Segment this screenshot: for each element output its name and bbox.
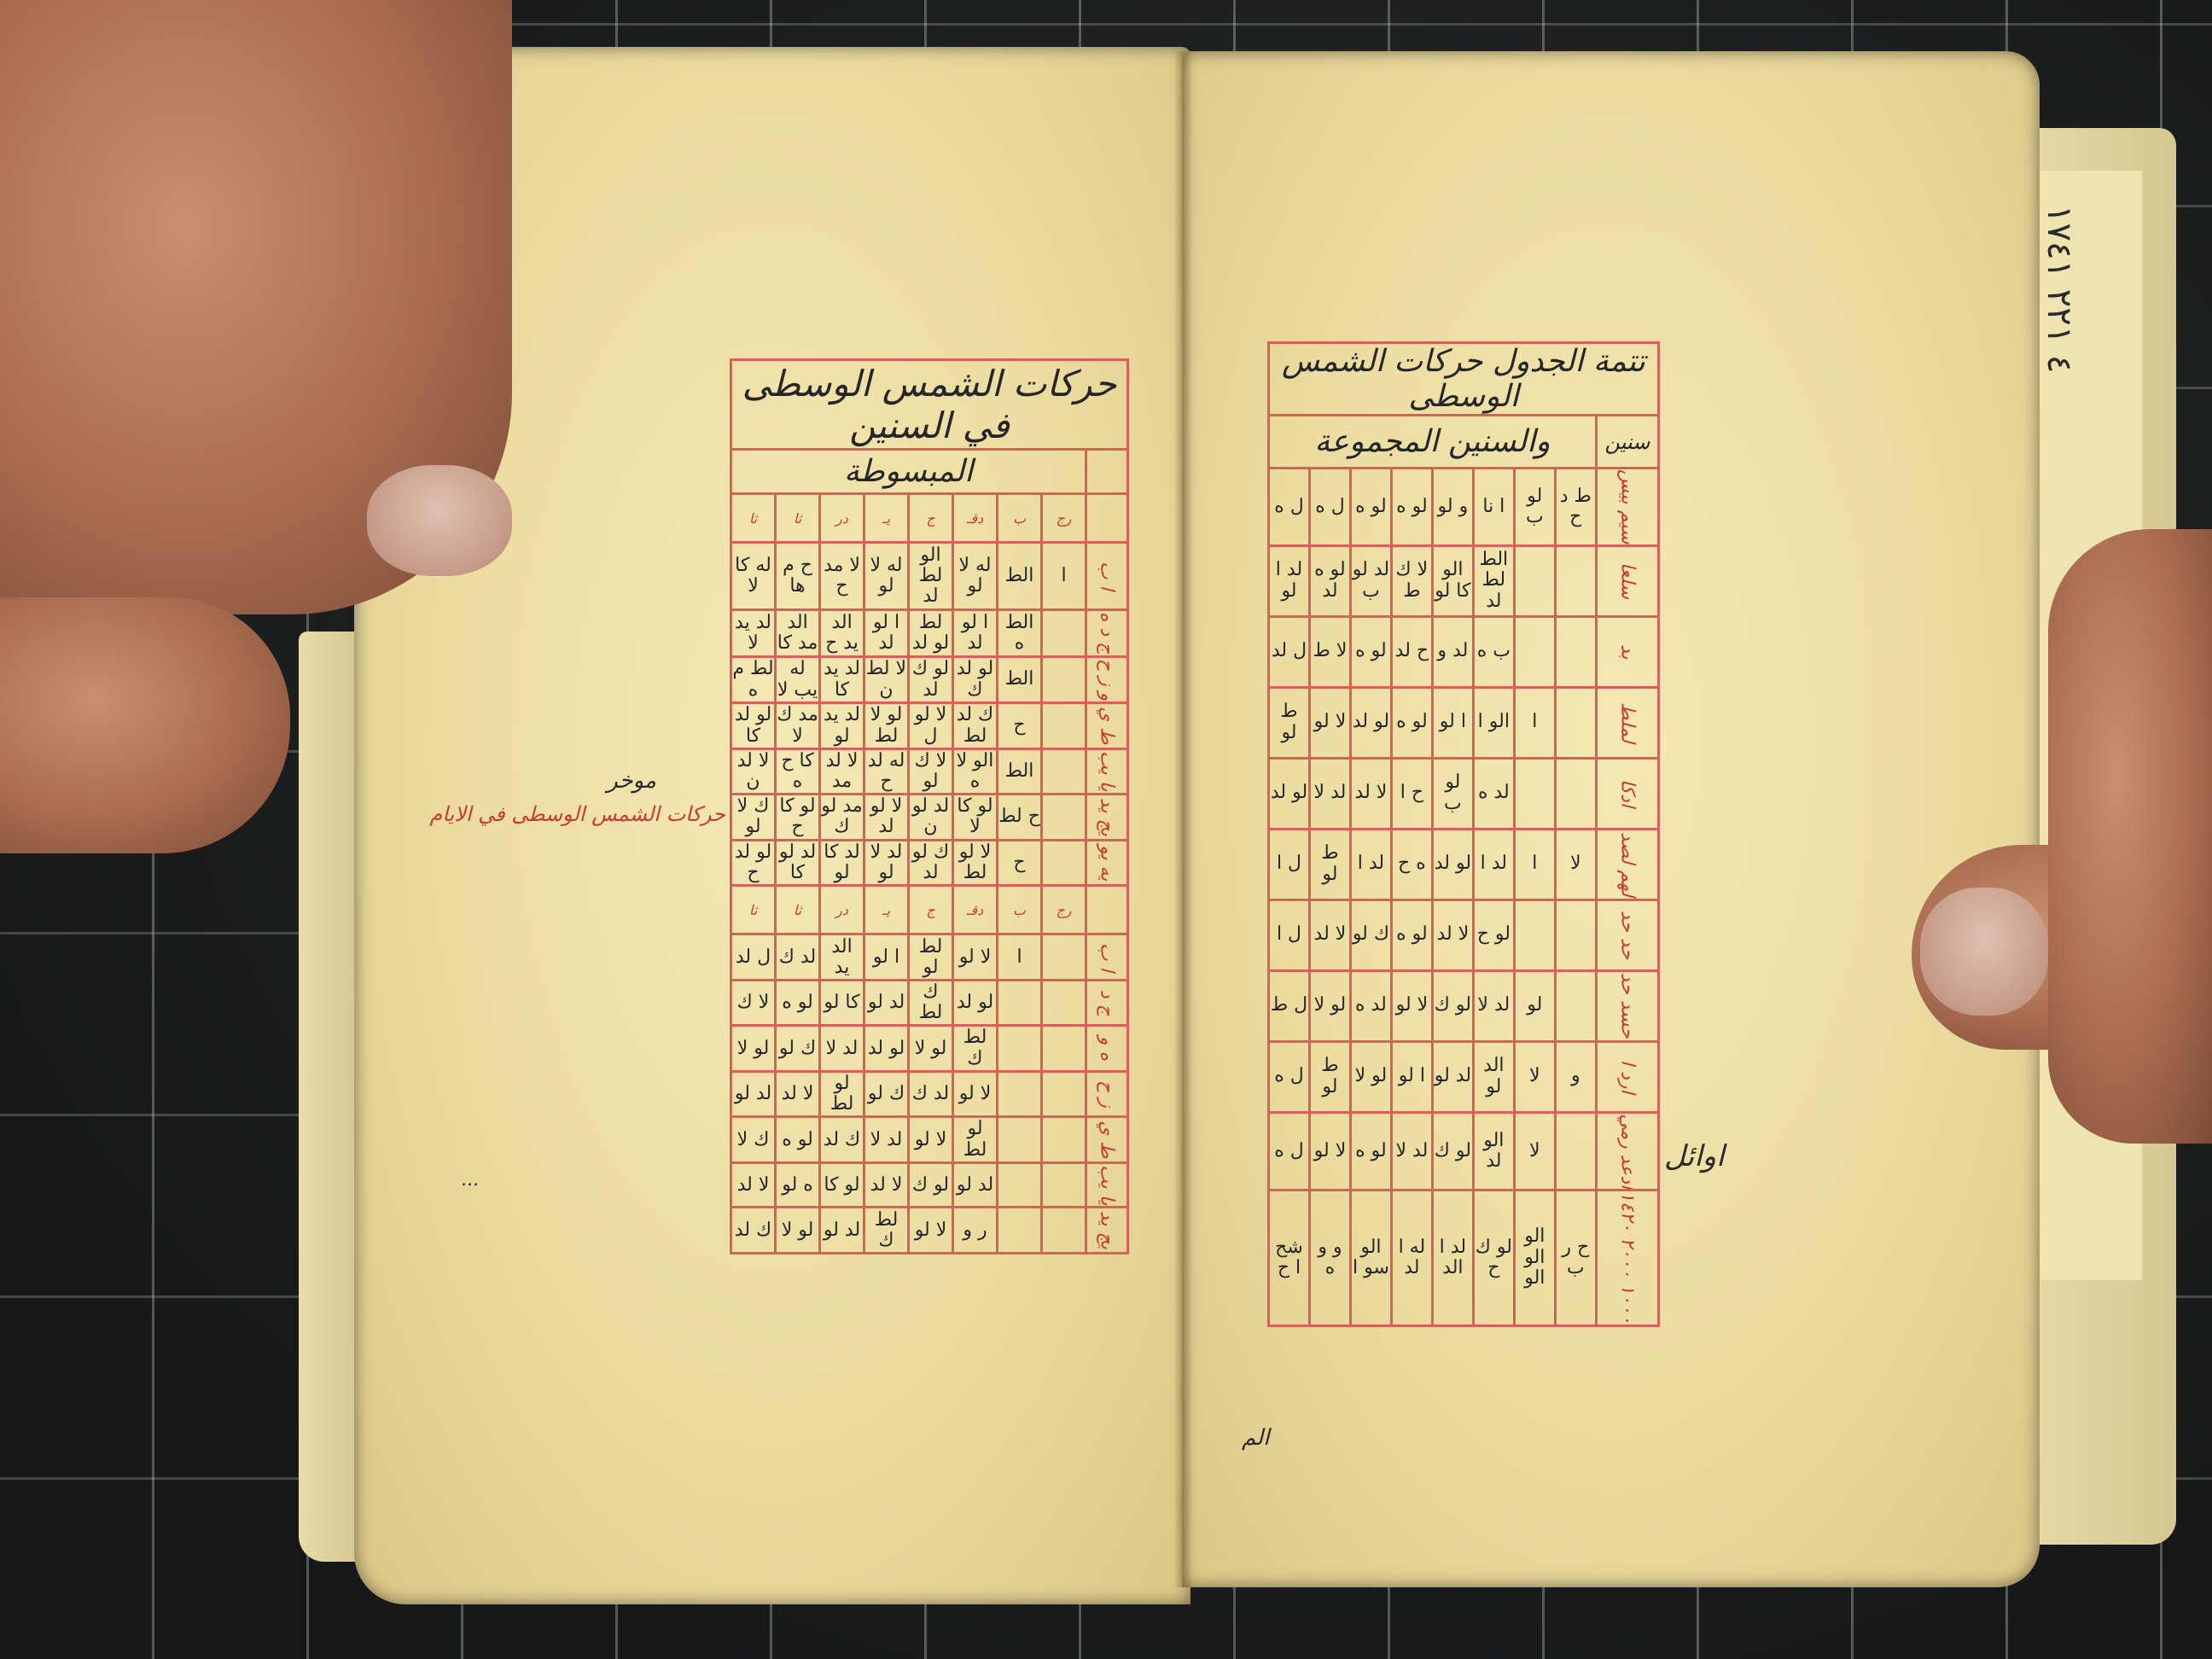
cell-value: لد لا لو — [865, 841, 907, 885]
row-label: ارد ا — [1596, 1041, 1658, 1112]
table-cell — [1042, 795, 1086, 840]
cell-value — [1557, 760, 1595, 828]
cell-value: لد ا لو — [1270, 547, 1308, 615]
table-cell: لد ك — [909, 1071, 953, 1116]
row-label: يج يد — [1086, 795, 1128, 840]
right-table: تتمة الجدول حركات الشمس الوسطى والسنين ا… — [1267, 341, 1660, 1225]
cell-value: لط لو لد — [910, 611, 952, 655]
table-cell: لد لو — [731, 1071, 776, 1116]
table-cell: لو لد — [1432, 829, 1473, 899]
table-cell: لا لو — [1309, 1112, 1350, 1190]
row-label: ا ب — [1086, 543, 1128, 610]
cell-value: لا لو — [1311, 1114, 1349, 1189]
table-cell: لو ح — [1473, 899, 1514, 970]
cell-value: لا ط — [1311, 618, 1349, 686]
cell-value: لد ه — [1352, 972, 1390, 1040]
table-cell: لو ك لد — [909, 656, 953, 703]
row-label: ط ي — [1086, 703, 1128, 748]
cell-value: له يب لا — [777, 658, 818, 702]
table-cell: ط د ح — [1555, 469, 1596, 546]
table-row: ل لدلد كالد يدا لولط لولا لواا ب — [731, 934, 1128, 980]
table-cell: ك لد — [820, 1117, 864, 1162]
cell-value: ل ه — [1311, 469, 1349, 544]
cell-value: لد ك — [910, 1073, 952, 1115]
table-cell: لو كا لا — [953, 795, 998, 840]
cell-value: لو ح — [1475, 901, 1513, 969]
cell-value — [1043, 611, 1085, 655]
table-cell — [1042, 1026, 1086, 1071]
table-cell: لد ا — [1473, 829, 1514, 899]
side-note: اوائل — [1664, 1139, 1725, 1173]
cell-value — [998, 1027, 1040, 1069]
table-cell: لد ا لو — [1269, 545, 1310, 616]
cell-value — [1043, 1164, 1085, 1207]
table-cell: لد و — [1432, 616, 1473, 687]
cell-value: شح ا ح — [1270, 1191, 1308, 1324]
table-cell: لو لد كا — [731, 703, 776, 748]
table-cell: الط — [998, 543, 1042, 610]
cell-value: لا مد ح — [821, 544, 863, 608]
table-cell: لد كا لو — [820, 840, 864, 886]
right-table-title: تتمة الجدول حركات الشمس الوسطى — [1269, 343, 1659, 416]
table-cell: ك لد — [731, 1208, 776, 1254]
table-cell: لد لا لو — [864, 840, 909, 886]
table-cell: شح ا ح — [1269, 1190, 1310, 1325]
cell-value: ط لو — [1311, 1043, 1349, 1111]
table-cell — [998, 1162, 1042, 1208]
cell-value: ك لد — [732, 1208, 774, 1252]
cell-value: لو — [1516, 972, 1554, 1040]
cell-value: لد لو — [954, 1164, 996, 1207]
table-cell: الو سو ا — [1350, 1190, 1391, 1325]
table-cell: لا لو — [1309, 687, 1350, 758]
row-label: يا يب — [1086, 748, 1128, 794]
table-cell: لو لد — [1269, 758, 1310, 829]
table-cell — [1042, 840, 1086, 886]
table-cell: ل ه — [1269, 469, 1310, 546]
row-label: ه و — [1086, 1026, 1128, 1071]
table-cell — [1042, 610, 1086, 657]
table-row: ك لالو هك لدلد لالا لولو لطط ي — [731, 1117, 1128, 1162]
cell-value: لو ه — [1393, 901, 1431, 969]
table-cell: له يب لا — [776, 656, 820, 703]
cell-value — [1043, 1118, 1085, 1161]
table-cell: ك لد لط — [953, 703, 998, 748]
cell-value: لو ك لد — [910, 658, 952, 702]
table-cell: لا ك لو — [909, 748, 953, 794]
cell-value: لد لا — [821, 1027, 863, 1069]
table-cell: لد لو ب — [1350, 545, 1391, 616]
header-cell: ثا — [776, 494, 820, 543]
cell-value: لد لو — [1434, 1043, 1472, 1111]
table-cell: ط لو — [1309, 829, 1350, 899]
table-row: ل طلو لالد هلا لولو كلد لالوحسد حد — [1269, 970, 1659, 1041]
header-cell: دقـ — [953, 494, 998, 543]
cell-value: ل لد — [1270, 618, 1308, 686]
cell-value: لد لو — [821, 1208, 863, 1252]
table-cell: له لد ح — [864, 748, 909, 794]
table-cell: ل لد — [731, 934, 776, 980]
cell-value: الد لو — [1475, 1043, 1513, 1111]
table-cell: ا نا — [1473, 469, 1514, 546]
cell-value: لو ب — [1434, 760, 1472, 828]
cell-value — [1043, 750, 1085, 793]
table-cell: ل ه — [1269, 1112, 1310, 1190]
cell-value: ا — [1516, 689, 1554, 757]
cell-value: ح ا — [1393, 760, 1431, 828]
cell-value: لد لا — [1475, 972, 1513, 1040]
table-cell: لو لد ح — [731, 840, 776, 886]
cell-value: لا لد — [777, 1073, 818, 1115]
cell-value: ل ط — [1270, 972, 1308, 1040]
cell-value: ب ه — [1475, 618, 1513, 686]
table-cell — [998, 1071, 1042, 1116]
table-cell: الد يد ح — [820, 610, 864, 657]
cell-value: لو ك ح — [1475, 1191, 1513, 1324]
cell-value — [1557, 972, 1595, 1040]
table-cell: لا — [1514, 1041, 1555, 1112]
cell-value: ر و — [954, 1208, 996, 1252]
cell-value — [1043, 841, 1085, 885]
cell-value — [1043, 658, 1085, 702]
cell-value: لو ب — [1516, 469, 1554, 544]
table-cell: لو ه — [1350, 616, 1391, 687]
table-cell: لو ه — [776, 980, 820, 1025]
years-label: سنين — [1596, 416, 1658, 469]
cell-value: لا لط ن — [865, 658, 907, 702]
cell-value: لا لد — [865, 1164, 907, 1207]
table-cell: لد لو — [1432, 1041, 1473, 1112]
table-cell: لو ك — [1432, 1112, 1473, 1190]
cell-value — [1557, 689, 1595, 757]
cell-value: و و ه — [1311, 1191, 1349, 1324]
row-label: و ز ح — [1086, 656, 1128, 703]
table-cell: الو ا — [1473, 687, 1514, 758]
table-cell: لط لو لد — [909, 610, 953, 657]
left-table-subtitle: المبسوطة — [731, 450, 1086, 494]
cell-value: الد يد — [821, 935, 863, 978]
table-cell — [1042, 1117, 1086, 1162]
table-cell: لو لا — [909, 1026, 953, 1071]
table-row: ل لدلا طلو هح لدلد وب هبد — [1269, 616, 1659, 687]
cell-value: لو ك — [1434, 1114, 1472, 1189]
table-cell: ك لو — [1350, 899, 1391, 970]
cell-value: لد لو — [732, 1073, 774, 1115]
cell-value: ك لا لو — [732, 795, 774, 838]
cell-value: لو ه — [777, 981, 818, 1024]
table-row: ل هل هلو هلو هو لوا نالو بط د حسيم بيس — [1269, 469, 1659, 546]
table-cell: لو ه — [1391, 469, 1432, 546]
header-cell-blank — [1086, 886, 1128, 934]
cell-value: لو ه — [777, 1118, 818, 1161]
table-cell: لد يد لو — [820, 703, 864, 748]
cell-value: لو ه لد — [1311, 547, 1349, 615]
table-cell — [1555, 616, 1596, 687]
cell-value: لد لو ب — [1352, 547, 1390, 615]
table-cell — [1042, 934, 1086, 980]
table-cell: لا لد — [1350, 758, 1391, 829]
cell-value: الو الو الو — [1516, 1191, 1554, 1324]
table-cell: لا لد — [1432, 899, 1473, 970]
corner-mark: ... — [461, 1169, 479, 1190]
table-cell: لد لا — [1473, 970, 1514, 1041]
cell-value — [998, 1073, 1040, 1115]
table-cell: كا ح ه — [776, 748, 820, 794]
cell-value: ا لو لد — [865, 611, 907, 655]
cell-value: ا نا — [1475, 469, 1513, 544]
table-cell — [1555, 1112, 1596, 1190]
cell-value: ا لو — [1393, 1043, 1431, 1111]
header-cell: در — [820, 494, 864, 543]
header-cell: ج — [909, 886, 953, 934]
row-label: ادعد رمي — [1596, 1112, 1658, 1190]
cell-value: ك لد — [821, 1118, 863, 1161]
table-cell: ب ه — [1473, 616, 1514, 687]
table-cell: لد لو — [820, 1208, 864, 1254]
table-cell — [998, 1117, 1042, 1162]
right-thumbnail — [1920, 888, 2048, 1016]
table-cell: الو الو الو — [1514, 1190, 1555, 1325]
cell-value: ا — [1043, 544, 1085, 608]
cell-value: ط لو — [1311, 830, 1349, 899]
cell-value: لا لو — [954, 935, 996, 978]
table-cell: لا لد — [864, 1162, 909, 1208]
table-cell: لو لد — [864, 1026, 909, 1071]
cell-value — [1043, 1208, 1085, 1252]
cell-value: لد لا — [865, 1118, 907, 1161]
table-cell: الو كا لو — [1432, 545, 1473, 616]
cell-value: ك لو — [1352, 901, 1390, 969]
cell-value: لا لو — [910, 1118, 952, 1161]
cell-value: الو سو ا — [1352, 1191, 1390, 1324]
table-cell: لد لو كا — [776, 840, 820, 886]
header-cell: ب — [998, 886, 1042, 934]
header-cell: ج — [909, 494, 953, 543]
table-cell: لد يد كا — [820, 656, 864, 703]
cell-value: ك لو لد — [910, 841, 952, 885]
cell-value: ح ر ب — [1557, 1191, 1595, 1324]
table-cell: لو كا — [820, 1162, 864, 1208]
cell-value: ك لط — [910, 981, 952, 1024]
cell-value: ح — [998, 841, 1040, 885]
table-cell: لو ك ح — [1473, 1190, 1514, 1325]
table-cell: لو ك — [909, 1162, 953, 1208]
cell-value: لط لو — [910, 935, 952, 978]
cell-value: لد ا — [1475, 830, 1513, 899]
table-cell: ه لو — [776, 1162, 820, 1208]
table-cell — [1514, 616, 1555, 687]
cell-value: ل ه — [1270, 1114, 1308, 1189]
table-cell: لد لا — [820, 1026, 864, 1071]
table-cell: لو ه — [1350, 469, 1391, 546]
table-cell: لد ك — [776, 934, 820, 980]
cell-value — [1043, 1073, 1085, 1115]
cell-value — [1557, 618, 1595, 686]
cell-value: لا لد مد — [821, 750, 863, 793]
table-cell — [1042, 748, 1086, 794]
cell-value: له لد ح — [865, 750, 907, 793]
table-cell: ط لو — [1269, 687, 1310, 758]
row-label: سيم بيس — [1596, 469, 1658, 546]
margin-note: موخر حركات الشمس الوسطى في الايام — [538, 768, 725, 826]
table-row: ل الا لدك لولو هلا لدلو ححد حد — [1269, 899, 1659, 970]
cell-value: ك لو — [865, 1073, 907, 1115]
cell-value: ط د ح — [1557, 469, 1595, 544]
table-cell: ح لد — [1391, 616, 1432, 687]
margin-note-line1: موخر — [538, 768, 725, 794]
cell-value: لو كا لا — [954, 795, 996, 838]
table-cell: لو ه — [1391, 687, 1432, 758]
cell-value — [998, 1118, 1040, 1161]
header-cell: در — [820, 886, 864, 934]
cell-value — [998, 981, 1040, 1024]
cell-value — [1557, 901, 1595, 969]
table-row: لد لولا لدلو لطك لولد كلا لوز ح — [731, 1071, 1128, 1116]
cell-value: لو لا — [1311, 972, 1349, 1040]
left-table-header-mid: ثا ثا در يـ ج دقـ ب رج — [731, 886, 1128, 934]
cell-value — [1557, 547, 1595, 615]
cell-value: ط لو — [1270, 689, 1308, 757]
table-cell: لا لد — [776, 1071, 820, 1116]
cell-value: ا — [998, 935, 1040, 978]
table-row: ل هط لولو لاا لولد لوالد لولاوارد ا — [1269, 1041, 1659, 1112]
row-label: ج د — [1086, 980, 1128, 1025]
table-row: لو لد حلد لو كالد كا لولد لا لوك لو لدلا… — [731, 840, 1128, 886]
cell-value: لد يد لا — [732, 611, 774, 655]
table-cell: ك لط — [909, 980, 953, 1025]
header-cell: ثا — [776, 886, 820, 934]
table-cell: لو لا — [776, 1208, 820, 1254]
row-label: لهم لصد — [1596, 829, 1658, 899]
table-cell: ح — [998, 703, 1042, 748]
cell-value: لو ك — [910, 1164, 952, 1207]
cell-value: الد يد ح — [821, 611, 863, 655]
table-cell: و لو — [1432, 469, 1473, 546]
row-label: ط ي — [1086, 1117, 1128, 1162]
cell-value: لو لا — [732, 1027, 774, 1069]
table-cell: و — [1555, 1041, 1596, 1112]
table-cell: لا — [1514, 1112, 1555, 1190]
table-cell: الو لد — [1473, 1112, 1514, 1190]
table-cell — [1042, 980, 1086, 1025]
header-cell: يـ — [864, 886, 909, 934]
table-cell — [1042, 1071, 1086, 1116]
cell-value: لد يد لو — [821, 704, 863, 747]
table-cell: ا — [998, 934, 1042, 980]
table-cell: ح م ها — [776, 543, 820, 610]
cell-value: لو لد ح — [732, 841, 774, 885]
table-cell: ل ط — [1269, 970, 1310, 1041]
table-row: لو لاك لولد لالو لدلو لالط كه و — [731, 1026, 1128, 1071]
table-cell: لو — [1514, 970, 1555, 1041]
table-cell: لد ا — [1350, 829, 1391, 899]
table-cell: له لا لو — [953, 543, 998, 610]
table-cell: لا لو — [1391, 970, 1432, 1041]
table-cell: لو لا — [1350, 1041, 1391, 1112]
table-cell: لو لا لط — [864, 703, 909, 748]
cell-value: ك لو — [777, 1027, 818, 1069]
row-label: يه يو — [1086, 840, 1128, 886]
table-cell: لد لا — [1309, 758, 1350, 829]
cell-value — [1043, 1027, 1085, 1069]
cell-value: لو لط — [821, 1073, 863, 1115]
table-cell: ل ه — [1309, 469, 1350, 546]
table-cell: لا لط ن — [864, 656, 909, 703]
book-edge-left — [299, 632, 358, 1562]
table-cell: لو لط — [820, 1071, 864, 1116]
table-cell — [1514, 758, 1555, 829]
table-cell: لد لا — [864, 1117, 909, 1162]
cell-value: ح لد — [1393, 618, 1431, 686]
table-cell: له كا لا — [731, 543, 776, 610]
table-cell: لد ه — [1350, 970, 1391, 1041]
cell-value: لو لد — [865, 1027, 907, 1069]
cell-value: الو ا — [1475, 689, 1513, 757]
table-cell: ل لد — [1269, 616, 1310, 687]
cell-value: لا لد — [1311, 901, 1349, 969]
cell-value: لد ا — [1352, 830, 1390, 899]
header-cell: ب — [998, 494, 1042, 543]
cell-value: لو لا لط — [865, 704, 907, 747]
left-thumbnail — [367, 465, 512, 576]
table-cell: له لا لو — [864, 543, 909, 610]
right-table-subtitle: والسنين المجموعة — [1269, 416, 1597, 469]
cell-value: لا لو لد — [865, 795, 907, 838]
table-row: لد ا لولو ه لدلد لو بلا ك طالو كا لوالط … — [1269, 545, 1659, 616]
cell-value: لو ه — [1352, 1114, 1390, 1189]
cell-value: لط م ه — [732, 658, 774, 702]
cell-value: لو ه — [1393, 689, 1431, 757]
table-cell: الط ه — [998, 610, 1042, 657]
table-cell — [1555, 687, 1596, 758]
table-row: ل هلا لولو هلد لالو كالو لدلاادعد رمي — [1269, 1112, 1659, 1190]
table-cell: الو لا ه — [953, 748, 998, 794]
table-cell: ك لو لد — [909, 840, 953, 886]
cell-value: لو لا — [777, 1208, 818, 1252]
cell-value: لد يد كا — [821, 658, 863, 702]
table-cell: ك لو — [776, 1026, 820, 1071]
table-cell: لد لا — [1391, 1112, 1432, 1190]
cell-value: لد ه — [1475, 760, 1513, 828]
table-row: ط لولا لولو لدلو ها لوالو االملط — [1269, 687, 1659, 758]
table-row: ك لدلو لالد لولط كلا لور ويج يد — [731, 1208, 1128, 1254]
table-cell: لو ه — [1350, 1112, 1391, 1190]
cell-value: لد ا الد — [1434, 1191, 1472, 1324]
table-cell: الط — [998, 656, 1042, 703]
cell-value — [998, 1208, 1040, 1252]
cell-value: ك لا — [732, 1118, 774, 1161]
table-cell: و و ه — [1309, 1190, 1350, 1325]
cell-value: ح م ها — [777, 544, 818, 608]
cell-value: الو لا ه — [954, 750, 996, 793]
table-cell: لو ب — [1514, 469, 1555, 546]
cell-value: ا لو — [865, 935, 907, 978]
cell-value: لد لو ن — [910, 795, 952, 838]
cell-value: ح لط — [998, 795, 1040, 838]
table-cell — [1514, 899, 1555, 970]
row-label: ا ب — [1086, 934, 1128, 980]
table-row: لو لد كامد ك لالد يد لولو لا لطلا لو لك … — [731, 703, 1128, 748]
table-cell — [1555, 970, 1596, 1041]
cell-value: لد لا — [1393, 1114, 1431, 1189]
cell-value: لد كا لو — [821, 841, 863, 885]
table-cell: لا ط — [1309, 616, 1350, 687]
cell-value: لو لد — [954, 981, 996, 1024]
left-table-corner — [1086, 450, 1128, 494]
left-table-title: حركات الشمس الوسطى في السنين — [731, 360, 1128, 450]
right-table-grid: تتمة الجدول حركات الشمس الوسطى والسنين ا… — [1267, 341, 1660, 1327]
table-cell — [998, 1208, 1042, 1254]
